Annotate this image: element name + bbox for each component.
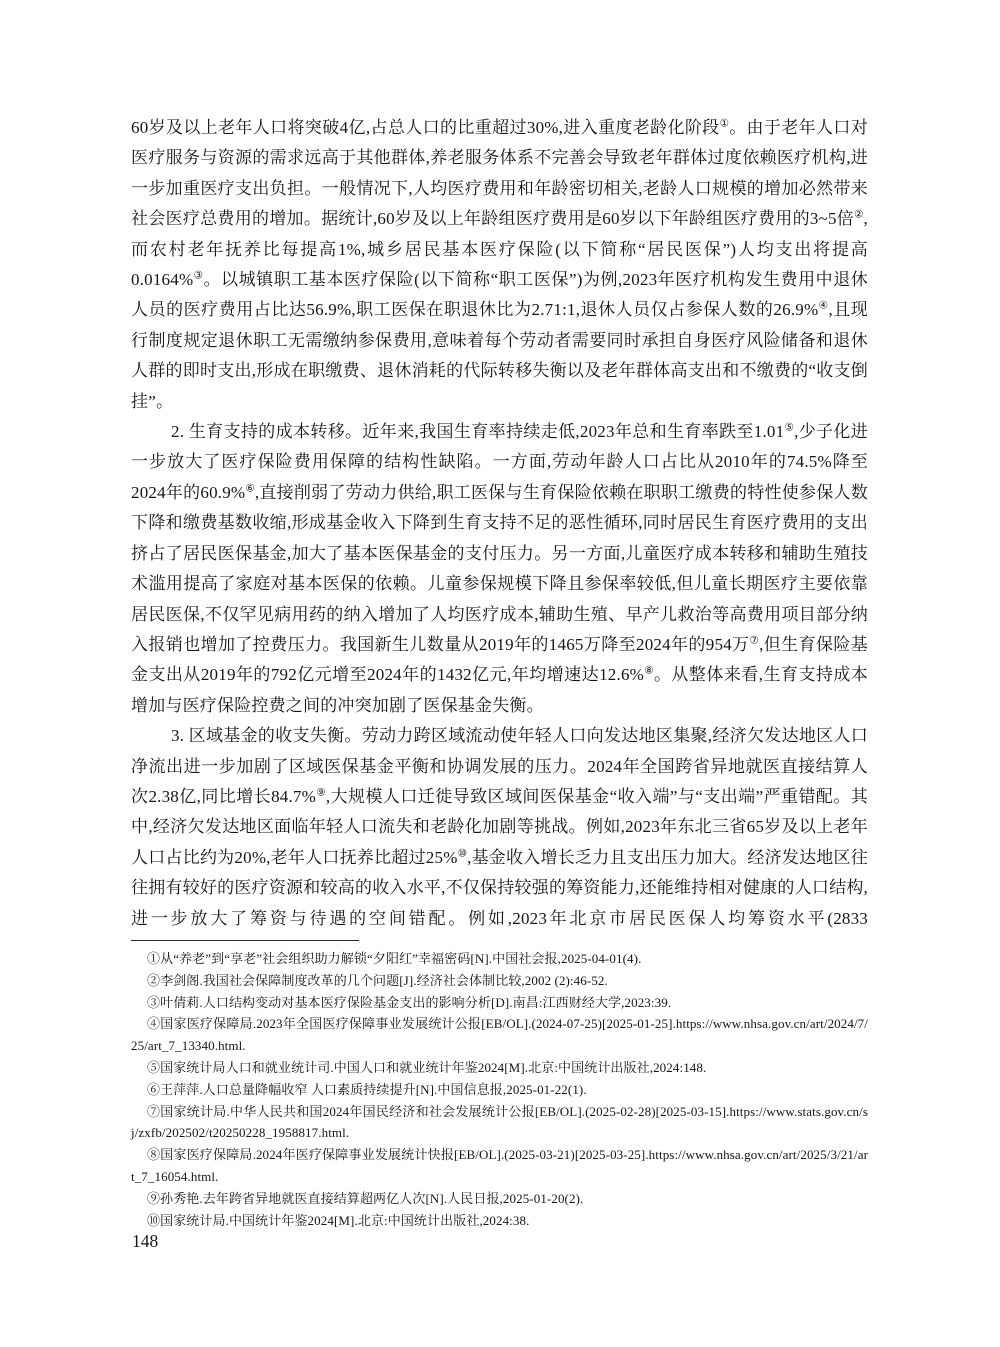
footnote-item-6: ⑥王萍萍.人口总量降幅收窄 人口素质持续提升[N].中国信息报,2025-01-… — [131, 1079, 868, 1101]
footnote-ref-marker: ③ — [193, 270, 203, 281]
footnote-item-4: ④国家医疗保障局.2023年全国医疗保障事业发展统计公报[EB/OL].(202… — [131, 1013, 868, 1057]
footnote-item-8: ⑧国家医疗保障局.2024年医疗保障事业发展统计快报[EB/OL].(2025-… — [131, 1144, 868, 1188]
paragraph-regional-imbalance: 3. 区域基金的收支失衡。劳动力跨区域流动使年轻人口向发达地区集聚,经济欠发达地… — [131, 721, 868, 934]
footnote-ref-marker: ① — [720, 118, 730, 129]
footnote-item-5: ⑤国家统计局人口和就业统计司.中国人口和就业统计年鉴2024[M].北京:中国统… — [131, 1057, 868, 1079]
paragraph-aging-burden: 60岁及以上老年人口将突破4亿,占总人口的比重超过30%,进入重度老龄化阶段①。… — [131, 113, 868, 417]
footnote-item-1: ①从“养老”到“享老”社会组织助力解锁“夕阳红”幸福密码[N].中国社会报,20… — [131, 948, 868, 970]
footnote-ref-marker: ⑥ — [245, 483, 255, 494]
footnote-divider — [131, 940, 359, 941]
footnote-item-9: ⑨孙秀艳.去年跨省异地就医直接结算超两亿人次[N].人民日报,2025-01-2… — [131, 1188, 868, 1210]
footnote-ref-marker: ⑦ — [750, 635, 760, 646]
article-body: 60岁及以上老年人口将突破4亿,占总人口的比重超过30%,进入重度老龄化阶段①。… — [131, 113, 868, 934]
footnote-ref-marker: ⑨ — [316, 787, 326, 798]
footnote-item-3: ③叶倩莉.人口结构变动对基本医疗保险基金支出的影响分析[D].南昌:江西财经大学… — [131, 992, 868, 1014]
page-content: 60岁及以上老年人口将突破4亿,占总人口的比重超过30%,进入重度老龄化阶段①。… — [131, 113, 868, 1231]
footnote-item-2: ②李剑阁.我国社会保障制度改革的几个问题[J].经济社会体制比较,2002 (2… — [131, 970, 868, 992]
footnote-ref-marker: ④ — [818, 301, 828, 312]
footnote-ref-marker: ⑤ — [784, 422, 794, 433]
page-number: 148 — [132, 1231, 158, 1252]
footnote-ref-marker: ② — [854, 210, 864, 221]
footnote-item-7: ⑦国家统计局.中华人民共和国2024年国民经济和社会发展统计公报[EB/OL].… — [131, 1101, 868, 1145]
footnote-ref-marker: ⑧ — [644, 666, 654, 677]
footnote-ref-marker: ⑩ — [458, 848, 468, 859]
paragraph-fertility-cost: 2. 生育支持的成本转移。近年来,我国生育率持续走低,2023年总和生育率跌至1… — [131, 417, 868, 721]
footnote-item-10: ⑩国家统计局.中国统计年鉴2024[M].北京:中国统计出版社,2024:38. — [131, 1210, 868, 1232]
footnotes-section: ①从“养老”到“享老”社会组织助力解锁“夕阳红”幸福密码[N].中国社会报,20… — [131, 948, 868, 1231]
